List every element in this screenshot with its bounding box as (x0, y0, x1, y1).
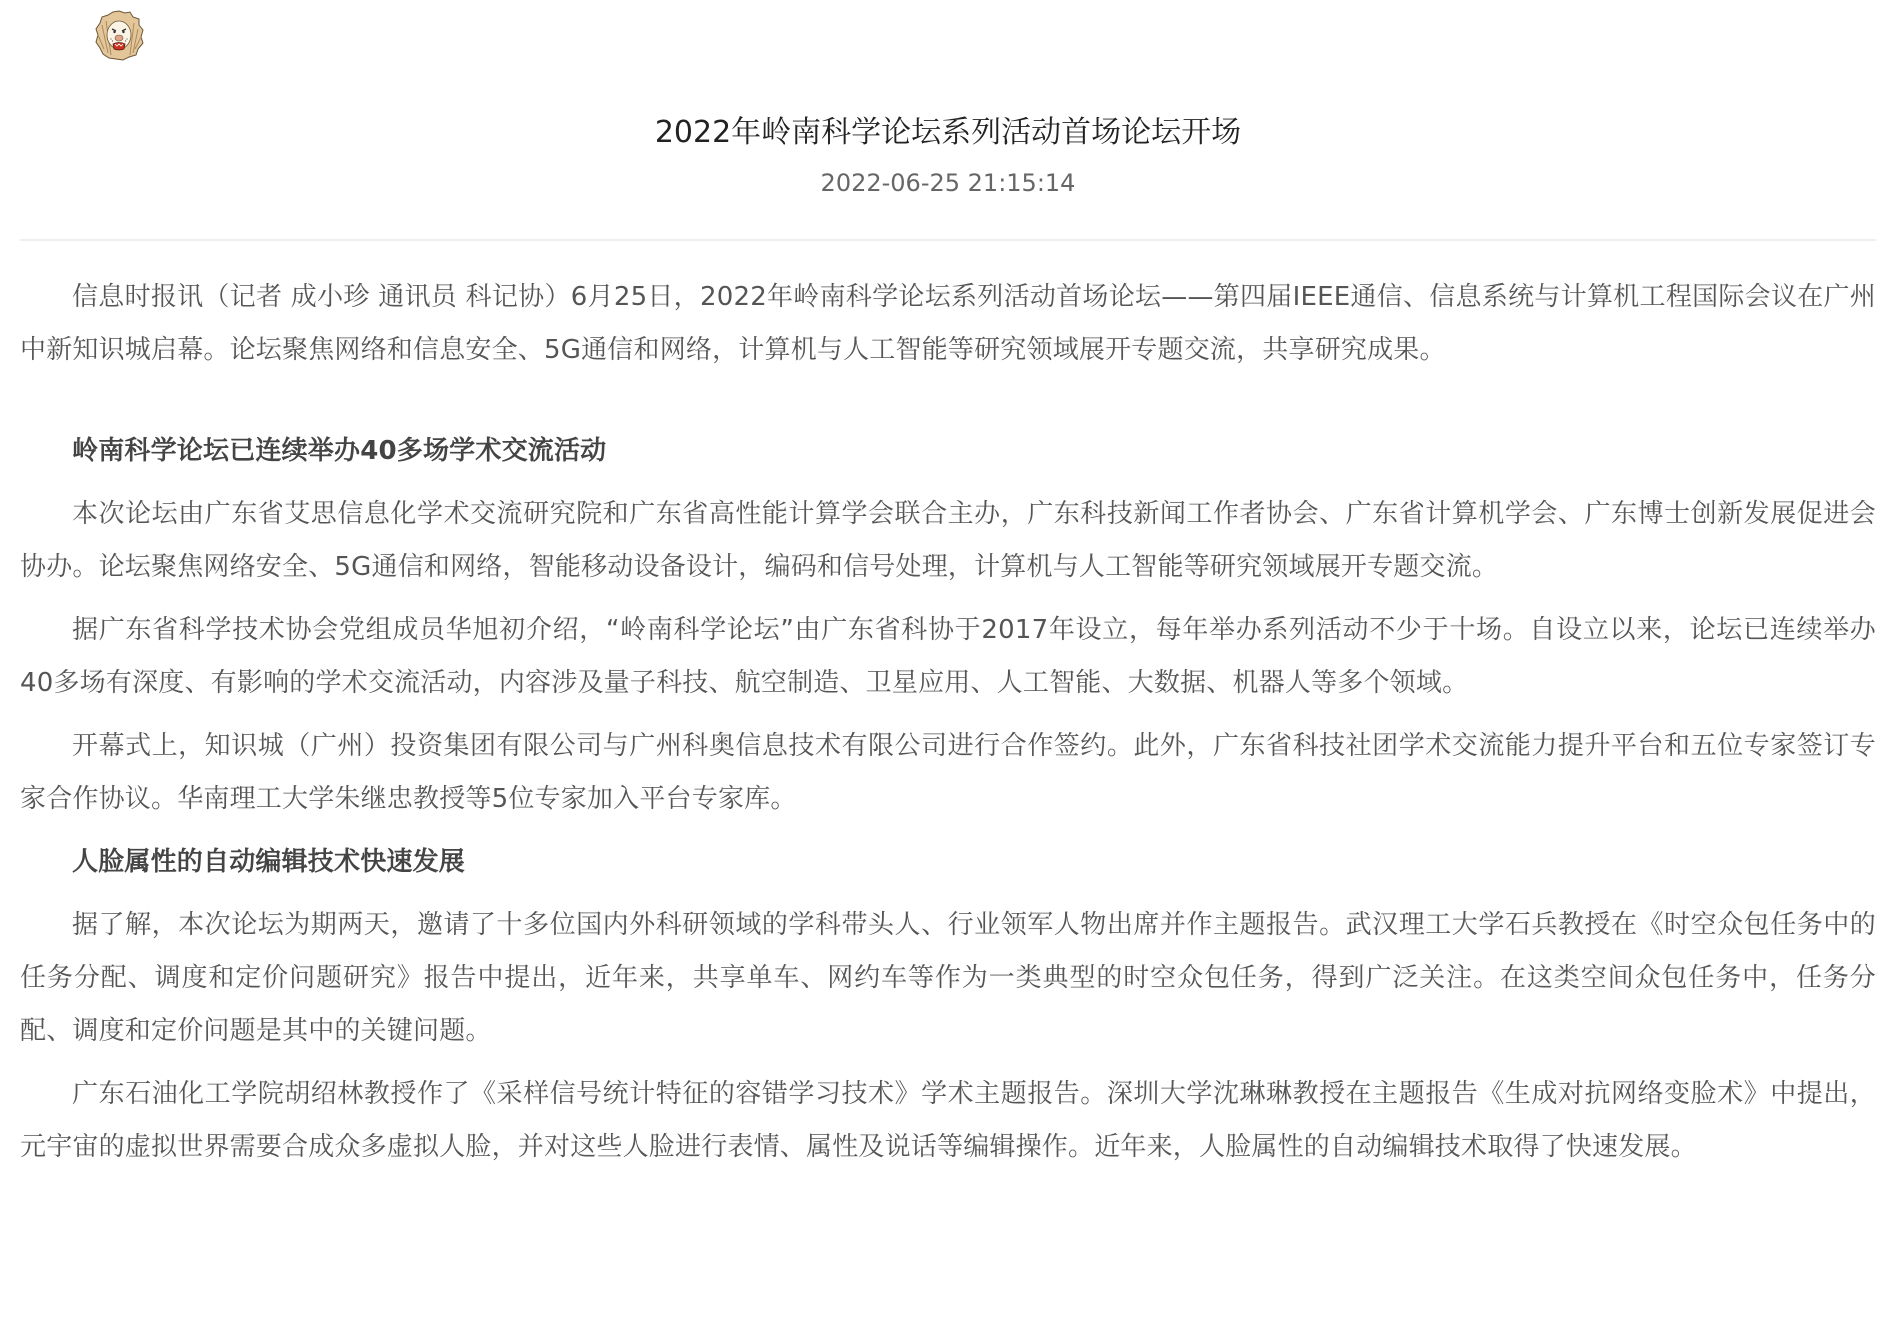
header-divider (20, 239, 1876, 241)
article-paragraph: 据了解，本次论坛为期两天，邀请了十多位国内外科研领域的学科带头人、行业领军人物出… (20, 899, 1876, 1058)
article-paragraph: 开幕式上，知识城（广州）投资集团有限公司与广州科奥信息技术有限公司进行合作签约。… (20, 720, 1876, 826)
article-paragraph: 信息时报讯（记者 成小珍 通讯员 科记协）6月25日，2022年岭南科学论坛系列… (20, 271, 1876, 377)
paragraph-spacer (20, 387, 1876, 425)
section-heading: 人脸属性的自动编辑技术快速发展 (20, 836, 1876, 889)
article-paragraph: 本次论坛由广东省艾思信息化学术交流研究院和广东省高性能计算学会联合主办，广东科技… (20, 488, 1876, 594)
site-header (0, 0, 1895, 70)
article-title: 2022年岭南科学论坛系列活动首场论坛开场 (20, 113, 1876, 153)
article-body: 信息时报讯（记者 成小珍 通讯员 科记协）6月25日，2022年岭南科学论坛系列… (20, 271, 1876, 1184)
article-paragraph: 广东石油化工学院胡绍林教授作了《采样信号统计特征的容错学习技术》学术主题报告。深… (20, 1068, 1876, 1174)
article-date: 2022-06-25 21:15:14 (20, 168, 1876, 198)
article-paragraph: 据广东省科学技术协会党组成员华旭初介绍，“岭南科学论坛”由广东省科协于2017年… (20, 604, 1876, 710)
lion-mascot-logo-icon[interactable] (94, 9, 144, 61)
section-heading: 岭南科学论坛已连续举办40多场学术交流活动 (20, 425, 1876, 478)
